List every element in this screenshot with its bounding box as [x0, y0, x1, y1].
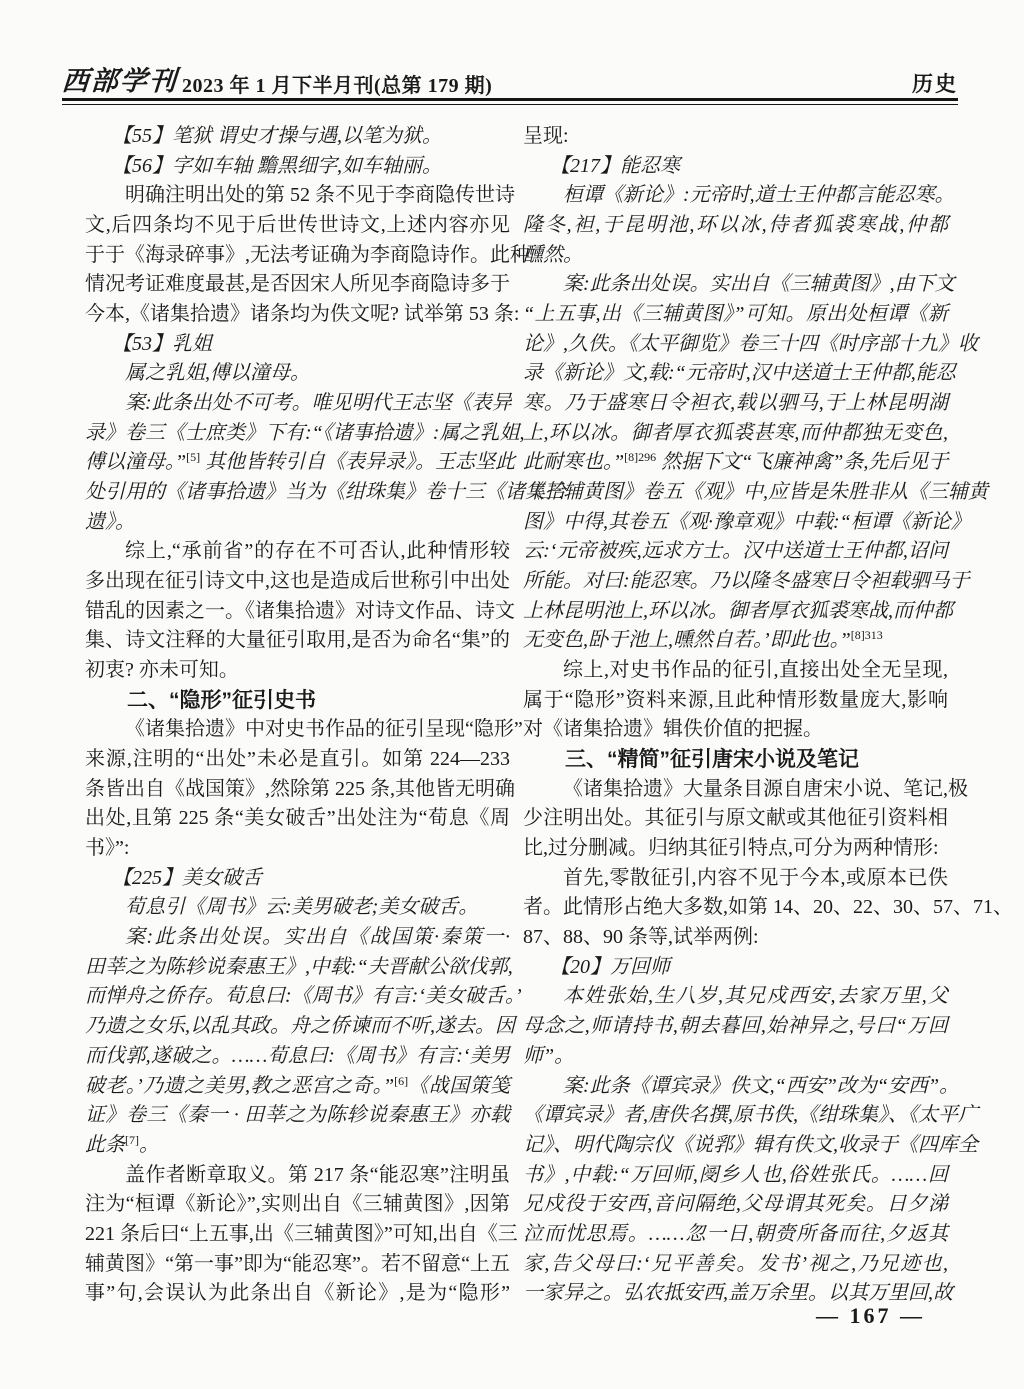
text-line: 而伐郭,遂破之。……荀息曰:《周书》有言:‘美男	[85, 1042, 510, 1072]
text-line: 属于“隐形”资料来源,且此种情形数量庞大,影响	[523, 686, 948, 716]
journal-logo: 西部学刊	[61, 59, 180, 98]
text-line: 所能。对曰:能忍寒。乃以隆冬盛寒日令袒载驷马于	[523, 567, 948, 597]
text-line: 属之乳姐,傅以潼母。	[85, 359, 510, 389]
text-line: 《三辅黄图》卷五《观》中,应皆是朱胜非从《三辅黄	[523, 478, 948, 508]
text-line: 案:此条出处误。实出自《三辅黄图》,由下文	[523, 270, 948, 300]
text-line: 遗》。	[85, 508, 510, 538]
text-line: 【225】美女破舌	[85, 864, 510, 894]
text-line: 论》,久佚。《太平御览》卷三十四《时序部十九》收	[523, 330, 948, 360]
text-line: 条皆出自《战国策》,然除第 225 条,其他皆无明确	[85, 775, 510, 805]
header-rule	[62, 98, 958, 105]
page-header: 西部学刊 2023 年 1 月下半月刊(总第 179 期) 历史	[62, 66, 958, 98]
text-line: 而惮舟之侨存。荀息曰:《周书》有言:‘美女破舌。’	[85, 982, 510, 1012]
text-line: 【20】万回师	[523, 953, 948, 983]
text-line: 【53】乳姐	[85, 330, 510, 360]
issue-info: 2023 年 1 月下半月刊(总第 179 期)	[182, 69, 492, 98]
text-line: 处引用的《诸事拾遗》当为《绀珠集》卷十三《诸集拾	[85, 478, 510, 508]
text-line: 于于《海录碎事》,无法考证确为李商隐诗作。此种	[85, 241, 510, 271]
text-line: 家,告父母曰:‘兄平善矣。发书’视之,乃兄迹也,	[523, 1250, 948, 1280]
text-line: 《诸集拾遗》中对史书作品的征引呈现“隐形”	[85, 715, 510, 745]
text-line: 【56】字如车轴 黵黑细字,如车轴丽。	[85, 152, 510, 182]
right-column: 呈现:【217】能忍寒桓谭《新论》:元帝时,道士王仲都言能忍寒。隆冬,袒,于昆明…	[523, 122, 948, 1309]
text-line: 案:此条出处误。实出自《战国策·秦策一·	[85, 923, 510, 953]
text-line: 《诸集拾遗》大量条目源自唐宋小说、笔记,极	[523, 775, 948, 805]
text-line: 87、88、90 条等,试举两例:	[523, 923, 948, 953]
text-line: 注为“桓谭《新论》”,实则出自《三辅黄图》,因第	[85, 1190, 510, 1220]
text-line: 此耐寒也。”[8]296 然据下文“飞廉神禽”条,先后见于	[523, 448, 948, 478]
text-line: 上,环以冰。御者厚衣狐裘甚寒,而仲都独无变色,	[523, 419, 948, 449]
text-line: 辅黄图》“第一事”即为“能忍寒”。若不留意“上五	[85, 1250, 510, 1280]
journal-page: 西部学刊 2023 年 1 月下半月刊(总第 179 期) 历史 【55】笔狱 …	[0, 0, 1024, 1389]
text-line: 少注明出处。其征引与原文献或其他征引资料相	[523, 804, 948, 834]
text-line: 乃遗之女乐,以乱其政。舟之侨谏而不听,遂去。因	[85, 1012, 510, 1042]
text-line: 综上,对史书作品的征引,直接出处全无呈现,	[523, 656, 948, 686]
text-line: 母念之,师请持书,朝去暮回,始神异之,号曰“万回	[523, 1012, 948, 1042]
text-line: 书》”:	[85, 834, 510, 864]
text-line: 事”句,会误认为此条出自《新论》,是为“隐形”	[85, 1279, 510, 1309]
text-line: 醺然。	[523, 241, 948, 271]
text-line: 无变色,卧于池上,曛然自若。’即此也。”[8]313	[523, 626, 948, 656]
text-line: 【217】能忍寒	[523, 152, 948, 182]
text-line: 傅以潼母。”[5] 其他皆转引自《表异录》。王志坚此	[85, 448, 510, 478]
text-line: 田莘之为陈轸说秦惠王》,中载:“夫晋献公欲伐郭,	[85, 953, 510, 983]
text-line: 情况考证难度最甚,是否因宋人所见李商隐诗多于	[85, 270, 510, 300]
text-line: 今本,《诸集拾遗》诸条均为佚文呢? 试举第 53 条:	[85, 300, 510, 330]
text-line: 《谭宾录》者,唐佚名撰,原书佚,《绀珠集》、《太平广	[523, 1101, 948, 1131]
text-line: 明确注明出处的第 52 条不见于李商隐传世诗	[85, 181, 510, 211]
left-column: 【55】笔狱 谓史才操与遇,以笔为狱。【56】字如车轴 黵黑细字,如车轴丽。明确…	[85, 122, 510, 1309]
text-line: 泣而忧思焉。……忽一日,朝赍所备而往,夕返其	[523, 1220, 948, 1250]
text-line: 错乱的因素之一。《诸集拾遗》对诗文作品、诗文	[85, 597, 510, 627]
text-line: 综上,“承前省”的存在不可否认,此种情形较	[85, 537, 510, 567]
text-line: 录《新论》文,载:“元帝时,汉中送道士王仲都,能忍	[523, 359, 948, 389]
text-line: 证》卷三《秦一 · 田莘之为陈轸说秦惠王》亦载	[85, 1101, 510, 1131]
text-line: 录》卷三《士庶类》下有:“《诸事拾遗》:属之乳姐,	[85, 419, 510, 449]
text-line: 隆冬,袒,于昆明池,环以冰,侍者狐裘寒战,仲都	[523, 211, 948, 241]
text-line: 图》中得,其卷五《观·豫章观》中载:“桓谭《新论》	[523, 508, 948, 538]
text-line: 文,后四条均不见于后世传世诗文,上述内容亦见	[85, 211, 510, 241]
text-line: 221 条后曰“上五事,出《三辅黄图》”可知,出自《三	[85, 1220, 510, 1250]
text-line: 首先,零散征引,内容不见于今本,或原本已佚	[523, 864, 948, 894]
text-line: 三、“精简”征引唐宋小说及笔记	[523, 745, 948, 775]
section-label: 历史	[912, 68, 958, 98]
text-line: “上五事,出《三辅黄图》”可知。原出处桓谭《新	[523, 300, 948, 330]
text-line: 上林昆明池上,环以冰。御者厚衣狐裘寒战,而仲都	[523, 597, 948, 627]
page-number: — 167 —	[816, 1303, 925, 1329]
text-line: 荀息引《周书》云:美男破老;美女破舌。	[85, 893, 510, 923]
text-line: 初衷? 亦未可知。	[85, 656, 510, 686]
text-line: 本姓张始,生八岁,其兄戍西安,去家万里,父	[523, 982, 948, 1012]
text-line: 案:此条出处不可考。唯见明代王志坚《表异	[85, 389, 510, 419]
text-line: 此条[7]。	[85, 1131, 510, 1161]
text-line: 【55】笔狱 谓史才操与遇,以笔为狱。	[85, 122, 510, 152]
text-line: 云:‘元帝被疾,远求方士。汉中送道士王仲都,诏问	[523, 537, 948, 567]
text-line: 师”。	[523, 1042, 948, 1072]
text-line: 出处,且第 225 条“美女破舌”出处注为“荀息《周	[85, 804, 510, 834]
text-line: 桓谭《新论》:元帝时,道士王仲都言能忍寒。	[523, 181, 948, 211]
text-line: 记》、明代陶宗仪《说郛》辑有佚文,收录于《四库全	[523, 1131, 948, 1161]
text-line: 来源,注明的“出处”未必是直引。如第 224—233	[85, 745, 510, 775]
text-line: 多出现在征引诗文中,这也是造成后世称引中出处	[85, 567, 510, 597]
text-line: 破老。’乃遗之美男,教之恶宫之奇。”[6]《战国策笺	[85, 1072, 510, 1102]
text-line: 集、诗文注释的大量征引取用,是否为命名“集”的	[85, 626, 510, 656]
text-line: 者。此情形占绝大多数,如第 14、20、22、30、57、71、	[523, 893, 948, 923]
text-line: 二、“隐形”征引史书	[85, 686, 510, 716]
text-line: 案:此条《谭宾录》佚文,“西安”改为“安西”。	[523, 1072, 948, 1102]
body-columns: 【55】笔狱 谓史才操与遇,以笔为狱。【56】字如车轴 黵黑细字,如车轴丽。明确…	[85, 122, 948, 1309]
text-line: 寒。乃于盛寒日令袒衣,载以驷马,于上林昆明湖	[523, 389, 948, 419]
text-line: 对《诸集拾遗》辑佚价值的把握。	[523, 715, 948, 745]
text-line: 兄戍役于安西,音问隔绝,父母谓其死矣。日夕涕	[523, 1190, 948, 1220]
text-line: 比,过分删减。归纳其征引特点,可分为两种情形:	[523, 834, 948, 864]
text-line: 盖作者断章取义。第 217 条“能忍寒”注明虽	[85, 1161, 510, 1191]
text-line: 呈现:	[523, 122, 948, 152]
text-line: 书》,中载:“万回师,阌乡人也,俗姓张氏。……回	[523, 1161, 948, 1191]
